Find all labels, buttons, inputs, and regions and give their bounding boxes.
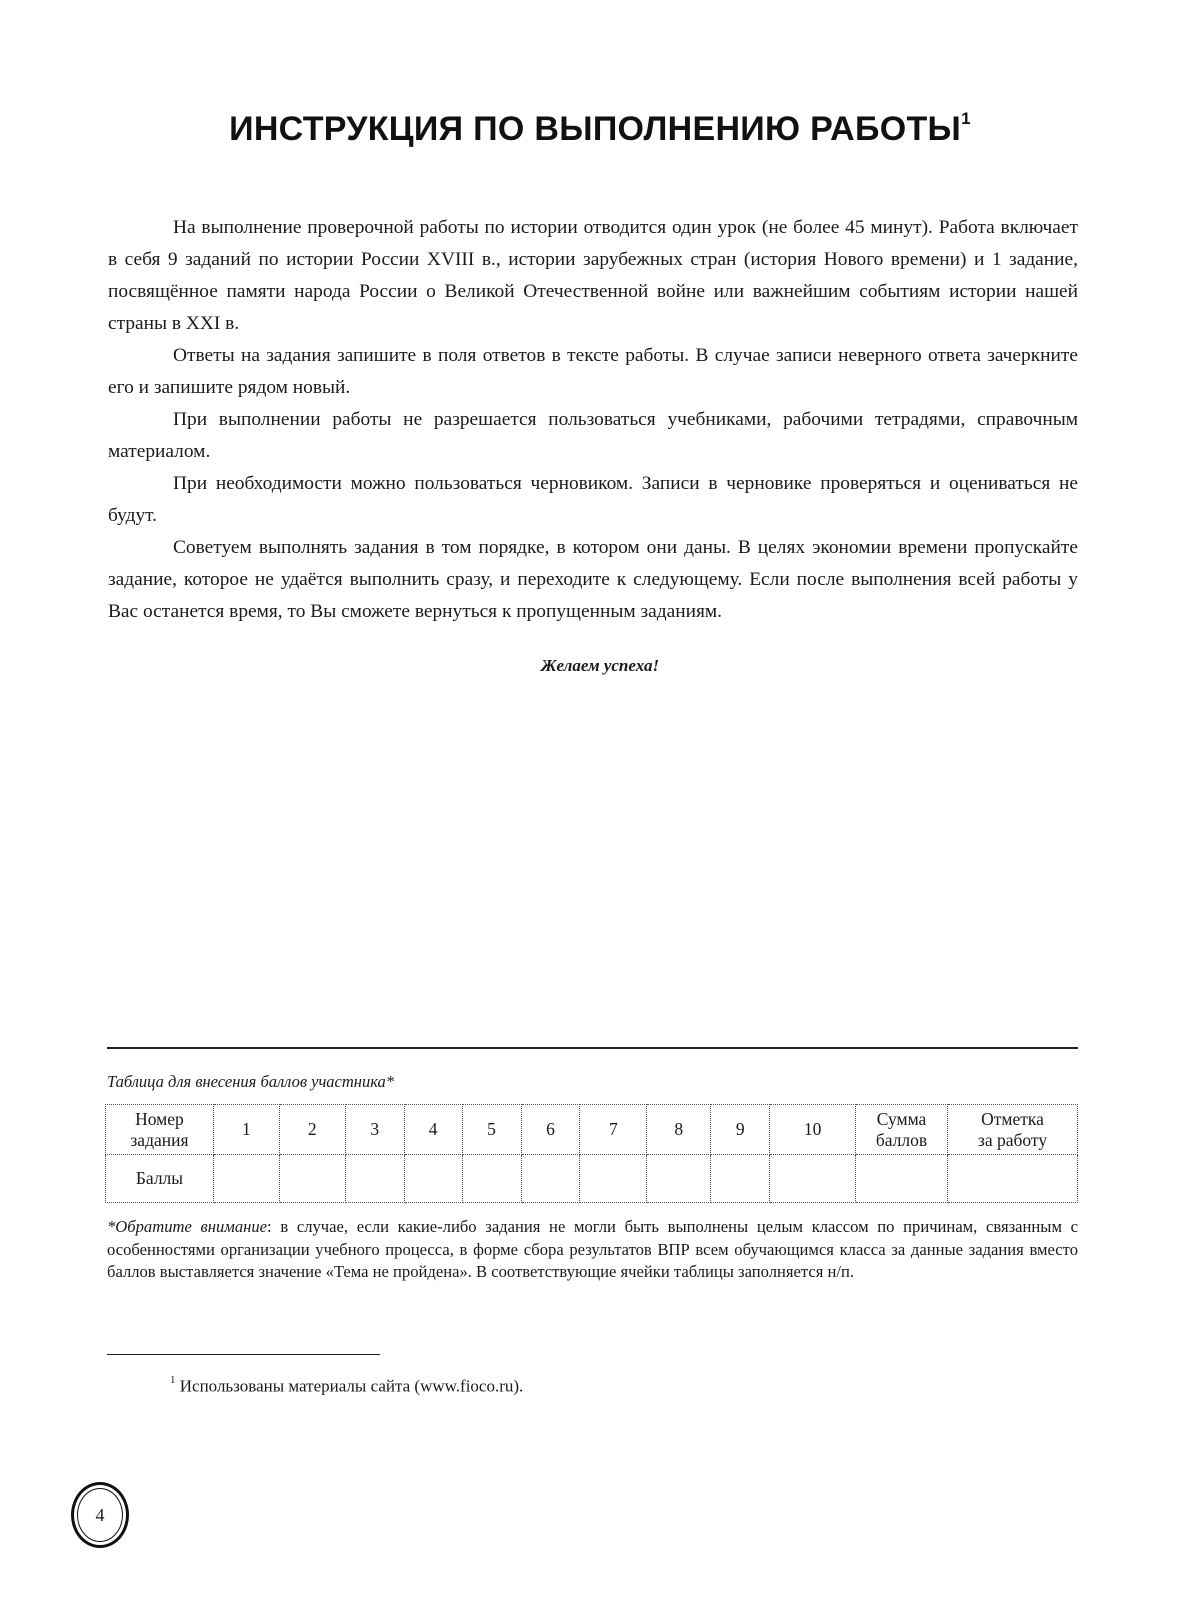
score-table: Номерзадания 1 2 3 4 5 6 7 8 9 10 Суммаб… bbox=[105, 1104, 1078, 1203]
score-cell-task-8[interactable] bbox=[647, 1155, 711, 1203]
section-divider bbox=[107, 1047, 1078, 1049]
header-task-8: 8 bbox=[647, 1105, 711, 1155]
footnote-divider bbox=[107, 1354, 380, 1355]
score-cell-task-7[interactable] bbox=[580, 1155, 647, 1203]
paragraph-order-advice: Советуем выполнять задания в том порядке… bbox=[108, 532, 1078, 628]
score-cell-task-6[interactable] bbox=[521, 1155, 580, 1203]
instructions-body: На выполнение проверочной работы по исто… bbox=[108, 212, 1078, 628]
attention-note-emphasis: *Обратите внимание bbox=[107, 1217, 267, 1236]
score-cell-task-1[interactable] bbox=[213, 1155, 279, 1203]
score-cell-task-3[interactable] bbox=[345, 1155, 404, 1203]
header-task-2: 2 bbox=[279, 1105, 345, 1155]
header-task-7: 7 bbox=[580, 1105, 647, 1155]
score-table-values-row: Баллы bbox=[106, 1155, 1078, 1203]
header-task-3: 3 bbox=[345, 1105, 404, 1155]
row-label-scores: Баллы bbox=[106, 1155, 214, 1203]
attention-note: *Обратите внимание: в случае, если какие… bbox=[107, 1216, 1078, 1284]
good-luck-wish: Желаем успеха! bbox=[0, 656, 1200, 676]
page-number: 4 bbox=[96, 1505, 105, 1526]
header-task-10: 10 bbox=[770, 1105, 856, 1155]
score-cell-sum[interactable] bbox=[856, 1155, 948, 1203]
footnote-mark: 1 bbox=[170, 1374, 176, 1386]
score-cell-task-5[interactable] bbox=[462, 1155, 521, 1203]
header-task-6: 6 bbox=[521, 1105, 580, 1155]
header-task-4: 4 bbox=[404, 1105, 462, 1155]
footnote-text: Использованы материалы сайта (www.fioco.… bbox=[176, 1377, 524, 1396]
header-task-1: 1 bbox=[213, 1105, 279, 1155]
page-number-badge: 4 bbox=[71, 1482, 129, 1548]
score-table-header-row: Номерзадания 1 2 3 4 5 6 7 8 9 10 Суммаб… bbox=[106, 1105, 1078, 1155]
page-title-text: ИНСТРУКЦИЯ ПО ВЫПОЛНЕНИЮ РАБОТЫ bbox=[229, 110, 961, 148]
paragraph-time-and-content: На выполнение проверочной работы по исто… bbox=[108, 212, 1078, 340]
paragraph-materials-forbidden: При выполнении работы не разрешается пол… bbox=[108, 404, 1078, 468]
score-cell-grade[interactable] bbox=[947, 1155, 1077, 1203]
score-cell-task-4[interactable] bbox=[404, 1155, 462, 1203]
score-table-caption: Таблица для внесения баллов участника* bbox=[107, 1072, 394, 1092]
paragraph-draft-usage: При необходимости можно пользоваться чер… bbox=[108, 468, 1078, 532]
header-task-number: Номерзадания bbox=[106, 1105, 214, 1155]
header-task-5: 5 bbox=[462, 1105, 521, 1155]
footnote: 1 Использованы материалы сайта (www.fioc… bbox=[170, 1376, 523, 1397]
header-score-sum: Суммабаллов bbox=[856, 1105, 948, 1155]
title-footnote-mark: 1 bbox=[961, 109, 971, 128]
header-task-9: 9 bbox=[711, 1105, 770, 1155]
header-grade: Отметказа работу bbox=[947, 1105, 1077, 1155]
page-title: ИНСТРУКЦИЯ ПО ВЫПОЛНЕНИЮ РАБОТЫ1 bbox=[0, 110, 1200, 149]
score-cell-task-10[interactable] bbox=[770, 1155, 856, 1203]
paragraph-answer-recording: Ответы на задания запишите в поля ответо… bbox=[108, 340, 1078, 404]
score-cell-task-2[interactable] bbox=[279, 1155, 345, 1203]
score-cell-task-9[interactable] bbox=[711, 1155, 770, 1203]
